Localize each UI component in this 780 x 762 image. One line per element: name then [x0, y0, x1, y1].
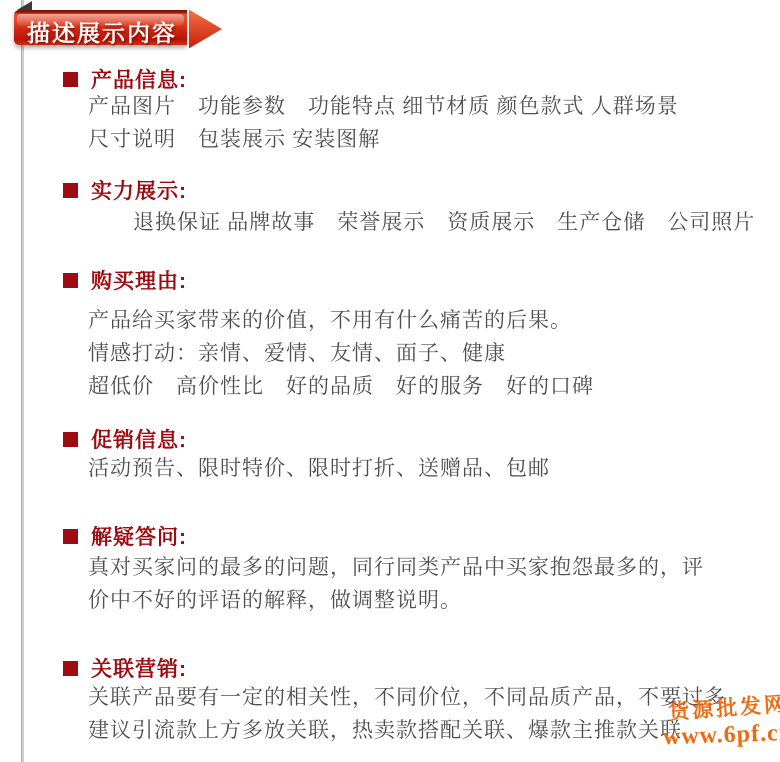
bullet-square-icon	[63, 183, 78, 198]
section-heading-purchase-reasons: 购买理由:	[63, 265, 187, 295]
banner-pole	[21, 0, 24, 762]
section-heading-promotion: 促销信息:	[63, 424, 187, 454]
section-title: 关联营销:	[91, 653, 187, 683]
bullet-square-icon	[63, 72, 78, 87]
page-title: 描述展示内容	[18, 15, 186, 48]
section-line: 超低价 高价性比 好的品质 好的服务 好的口碑	[88, 373, 594, 399]
section-line: 真对买家问的最多的问题，同行同类产品中买家抱怨最多的，评	[88, 554, 704, 580]
section-line: 价中不好的评语的解释，做调整说明。	[88, 587, 462, 613]
section-line: 情感打动：亲情、爱情、友情、面子、健康	[88, 340, 506, 366]
section-title: 产品信息:	[91, 64, 187, 94]
bullet-square-icon	[63, 529, 78, 544]
section-title: 实力展示:	[91, 175, 187, 205]
section-heading-related-marketing: 关联营销:	[63, 653, 187, 683]
bullet-square-icon	[63, 273, 78, 288]
section-line: 退换保证 品牌故事 荣誉展示 资质展示 生产仓储 公司照片	[133, 209, 755, 235]
bullet-square-icon	[63, 661, 78, 676]
section-line: 产品给买家带来的价值，不用有什么痛苦的后果。	[88, 307, 572, 333]
section-heading-strength: 实力展示:	[63, 175, 187, 205]
section-title: 购买理由:	[91, 265, 187, 295]
section-line: 建议引流款上方多放关联，热卖款搭配关联、爆款主推款关联	[88, 717, 682, 743]
section-line: 尺寸说明 包装展示 安装图解	[88, 126, 380, 152]
section-title: 解疑答问:	[91, 521, 187, 551]
header-banner: 描述展示内容	[14, 8, 226, 50]
slide-page: 描述展示内容 产品信息: 产品图片 功能参数 功能特点 细节材质 颜色款式 人群…	[0, 0, 780, 762]
banner-arrow-icon	[189, 8, 222, 50]
bullet-square-icon	[63, 432, 78, 447]
section-title: 促销信息:	[91, 424, 187, 454]
section-heading-qa: 解疑答问:	[63, 521, 187, 551]
section-line: 关联产品要有一定的相关性，不同价位，不同品质产品，不要过多	[88, 684, 726, 710]
watermark-site-url: www.6pf.cn	[663, 720, 780, 752]
section-line: 产品图片 功能参数 功能特点 细节材质 颜色款式 人群场景	[88, 93, 679, 119]
section-heading-product-info: 产品信息:	[63, 64, 187, 94]
section-line: 活动预告、限时特价、限时打折、送赠品、包邮	[88, 455, 550, 481]
